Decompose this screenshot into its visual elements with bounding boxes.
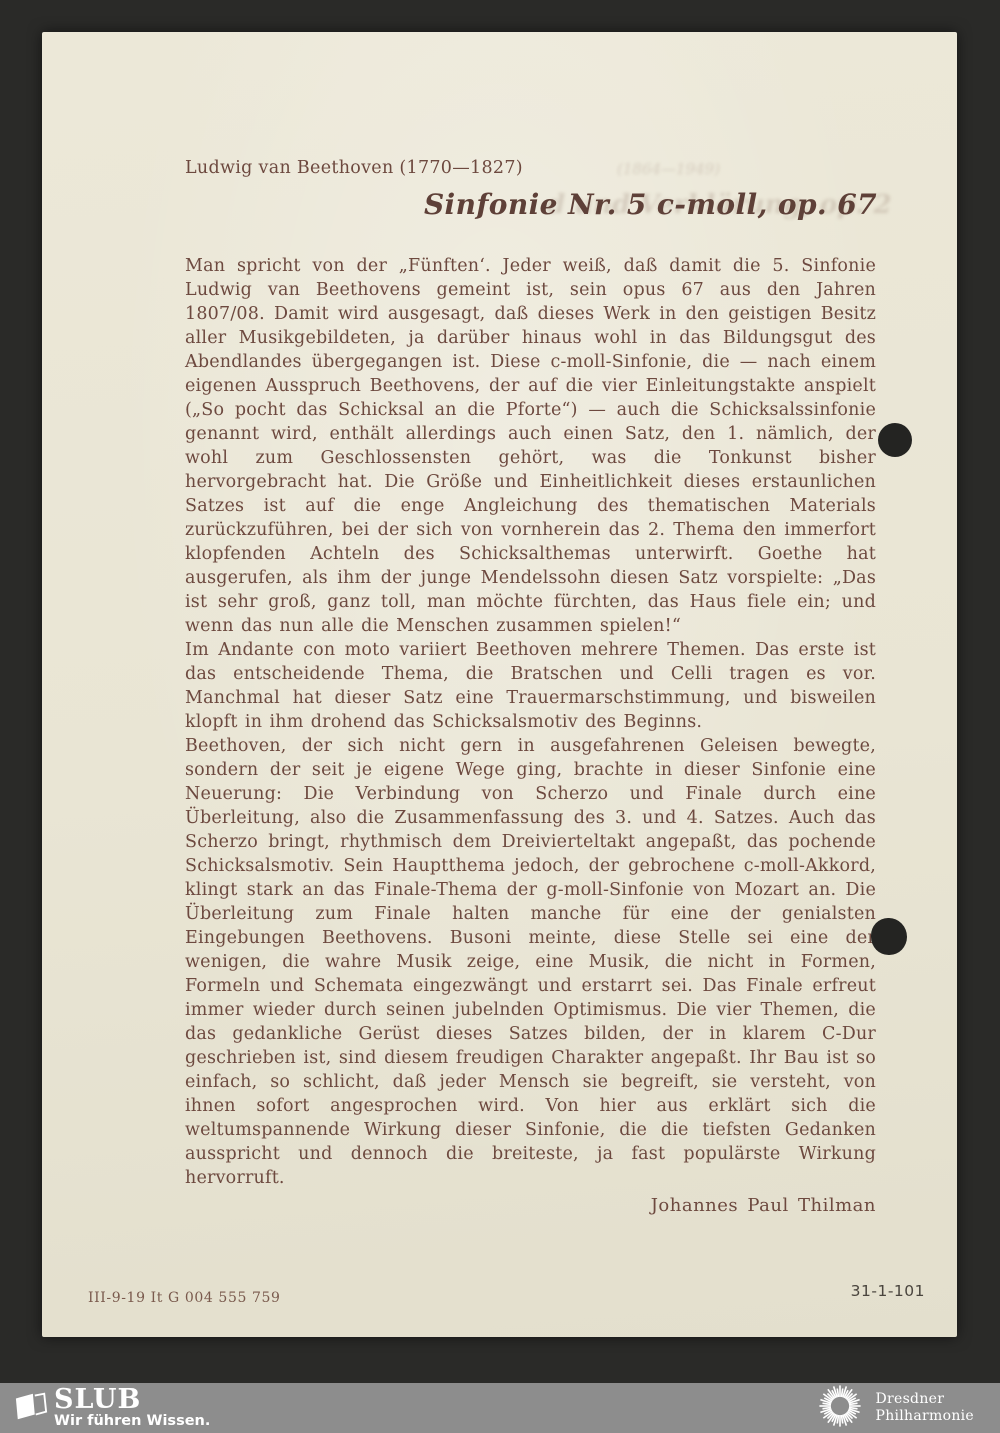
shelfmark-code: III-9-19 It G 004 555 759 [88, 1290, 281, 1306]
slub-book-icon [14, 1391, 48, 1425]
slub-text: SLUB Wir führen Wissen. [54, 1387, 210, 1430]
page-title: Sinfonie Nr. 5 c-moll, op. 67 [424, 188, 877, 221]
slub-tagline: Wir führen Wissen. [54, 1413, 210, 1430]
paragraph: Man spricht von der „Fünften‘. Jeder wei… [185, 254, 876, 638]
scan-viewer: Ludwig van Beethoven (1770—1827) (1864—1… [0, 0, 1000, 1433]
signature: Johannes Paul Thilman [185, 1194, 876, 1218]
body-text: Man spricht von der „Fünften‘. Jeder wei… [185, 254, 876, 1218]
slub-name: SLUB [54, 1387, 210, 1413]
paragraph: Im Andante con moto variiert Beethoven m… [185, 638, 876, 734]
author-line: Ludwig van Beethoven (1770—1827) [185, 158, 523, 178]
paragraph: Beethoven, der sich nicht gern in ausgef… [185, 734, 876, 1190]
philharmonie-line1: Dresdner [875, 1391, 944, 1407]
document-page: Ludwig van Beethoven (1770—1827) (1864—1… [42, 32, 957, 1337]
footer-watermark-bar: SLUB Wir führen Wissen. Dresdner Philhar… [0, 1383, 1000, 1433]
punch-hole [871, 918, 907, 955]
slub-logo: SLUB Wir führen Wissen. [0, 1387, 210, 1430]
starburst-icon [817, 1383, 863, 1433]
philharmonie-line2: Philharmonie [875, 1408, 974, 1424]
ghost-showthrough-line: (1864—1949) [617, 160, 720, 178]
page-number-code: 31-1-101 [851, 1282, 925, 1300]
punch-hole [878, 423, 912, 457]
philharmonie-text: Dresdner Philharmonie [875, 1391, 974, 1425]
dresdner-philharmonie-logo: Dresdner Philharmonie [817, 1383, 1000, 1433]
